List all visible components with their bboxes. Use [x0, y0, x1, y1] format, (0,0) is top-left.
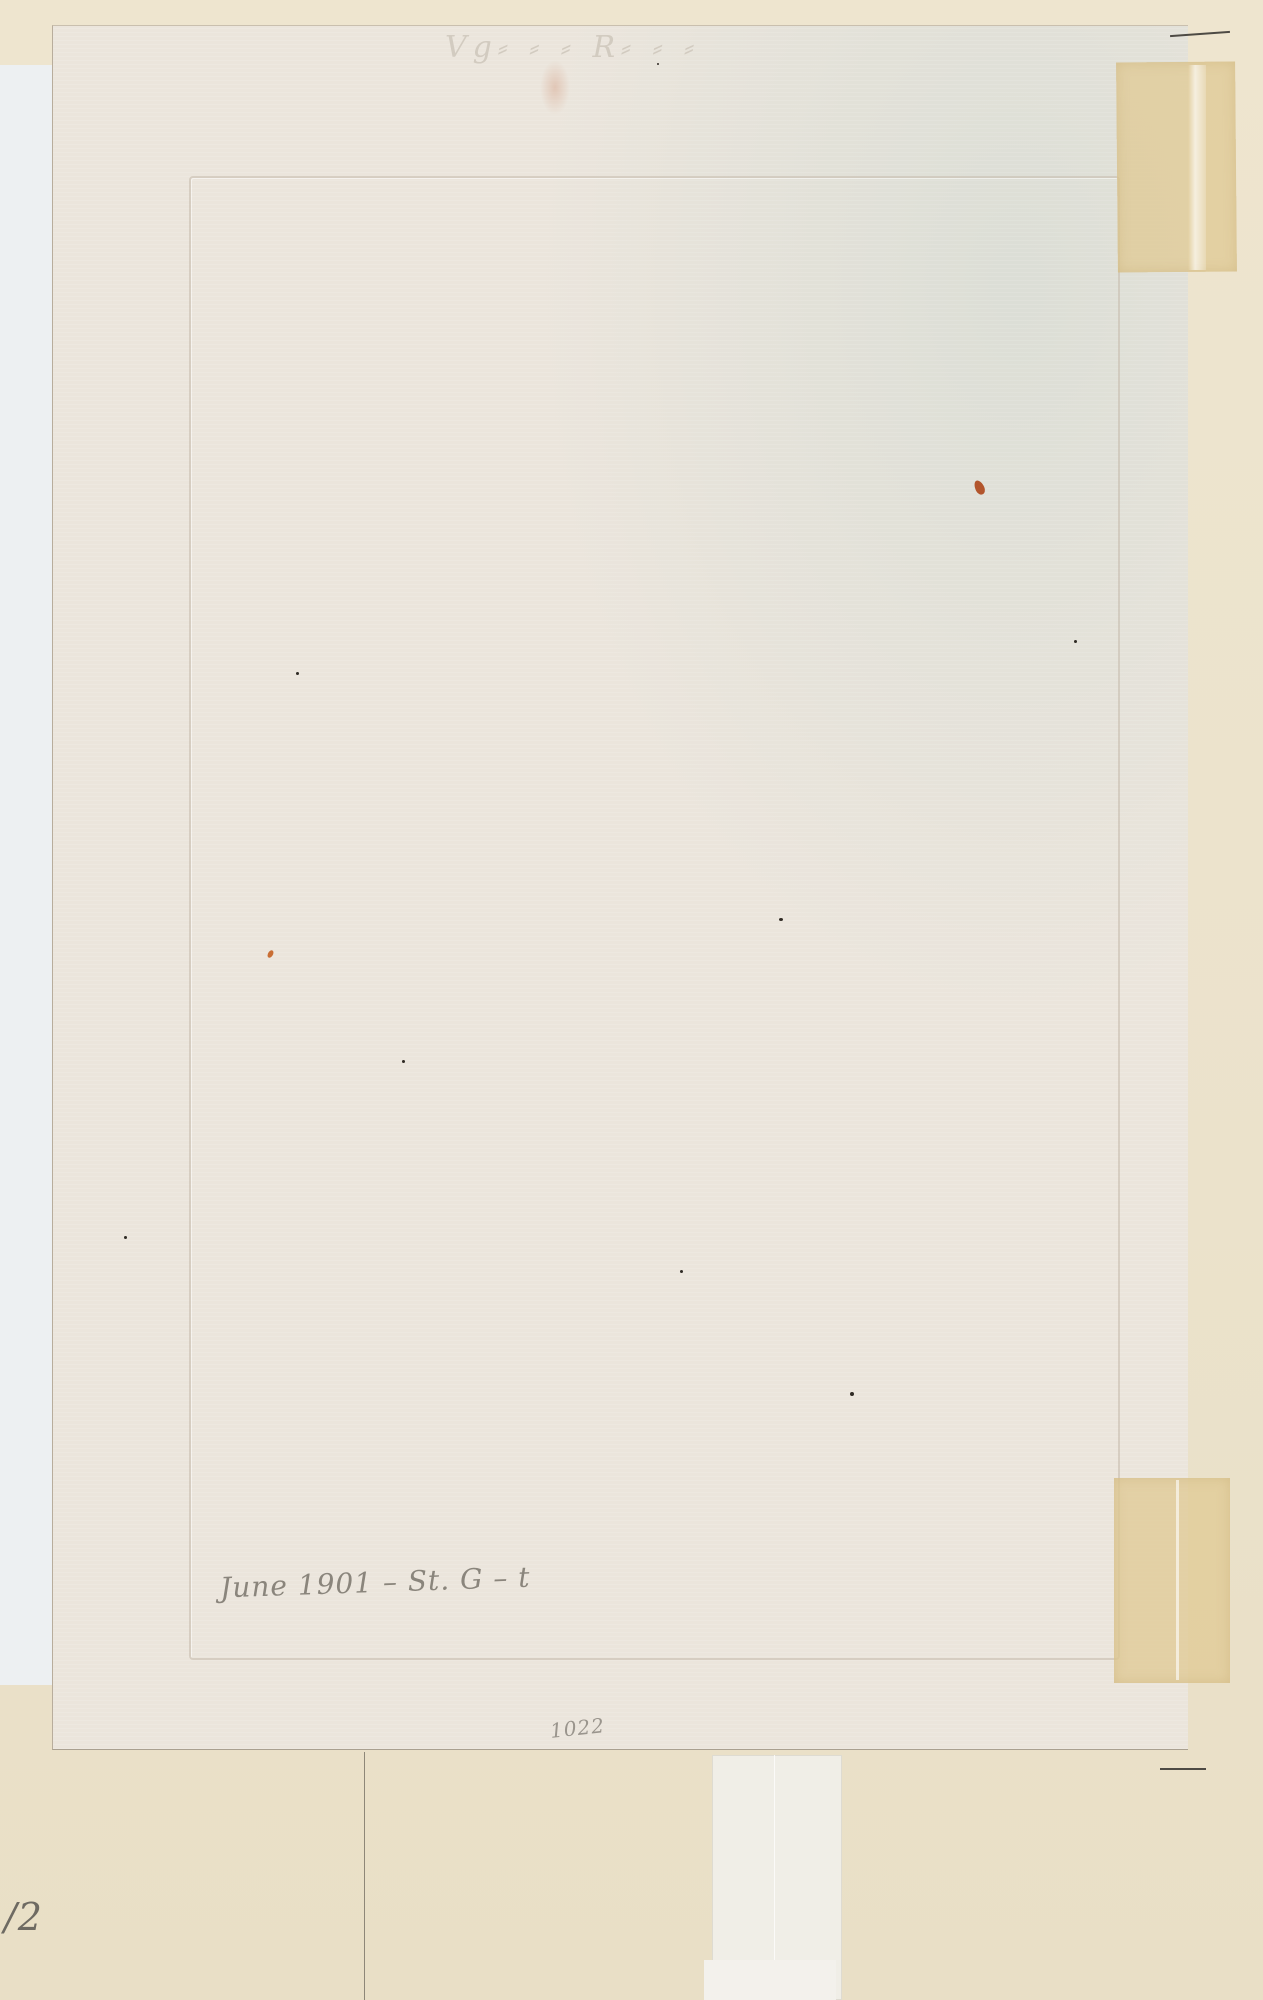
speck — [779, 918, 783, 921]
bottom-tape-crease — [1176, 1480, 1179, 1680]
underlying-sheet-strip — [0, 65, 56, 1685]
speck — [402, 1060, 405, 1063]
corner-pencil-mark-bottom — [1160, 1768, 1206, 1770]
speck — [124, 1236, 127, 1239]
speck — [1074, 640, 1077, 643]
speck — [850, 1392, 854, 1396]
faint-top-inscription: Vg⸗ ⸗ ⸗ R⸗ ⸗ ⸗ — [445, 30, 700, 65]
top-tape-hinge — [1116, 61, 1237, 272]
backing-fold-line — [364, 1752, 365, 2000]
rust-stain — [540, 60, 570, 115]
plate-mark — [189, 176, 1120, 1660]
print-sheet-verso — [52, 25, 1188, 1750]
top-tape-sheen — [1188, 65, 1206, 270]
bottom-tape-hinge — [1114, 1478, 1230, 1683]
speck — [296, 672, 299, 675]
photograph-scene: Vg⸗ ⸗ ⸗ R⸗ ⸗ ⸗ June 1901 – St. G – t 102… — [0, 0, 1263, 2000]
speck — [680, 1270, 683, 1273]
bottom-paper-tape-lower — [704, 1960, 836, 2000]
backing-fraction-note: /2 — [4, 1895, 43, 1939]
